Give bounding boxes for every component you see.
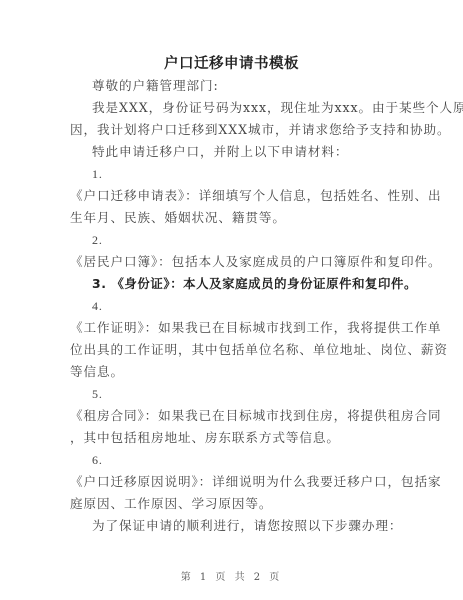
list-number: 2. (92, 232, 412, 248)
list-number: 5. (92, 386, 412, 402)
list-item-text: 《租房合同》：如果我已在目标城市找到住房，将提供租房合同 (70, 408, 390, 424)
list-item-text: 《居民户口簿》：包括本人及家庭成员的户口簿原件和复印件。 (70, 254, 390, 270)
list-number: 6. (92, 452, 412, 468)
list-item-text: ，其中包括租房地址、房东联系方式等信息。 (70, 430, 390, 446)
list-item-text: 《户口迁移申请表》：详细填写个人信息，包括姓名、性别、出 (70, 188, 390, 204)
salutation: 尊敬的户籍管理部门: (92, 78, 412, 94)
paragraph-line: 因，我计划将户口迁移到XXX城市，并请求您给予支持和协助。 (70, 122, 390, 138)
list-item-text: 《工作证明》：如果我已在目标城市找到工作，我将提供工作单 (70, 320, 390, 336)
paragraph-line: 为了保证申请的顺利进行，请您按照以下步骤办理： (92, 518, 412, 534)
list-item-text: 位出具的工作证明，其中包括单位名称、单位地址、岗位、薪资 (70, 342, 390, 358)
page-footer: 第 1 页 共 2 页 (0, 568, 463, 583)
list-item-text: 《户口迁移原因说明》：详细说明为什么我要迁移户口，包括家 (70, 474, 390, 490)
list-item-bold: 3. 《身份证》：本人及家庭成员的身份证原件和复印件。 (92, 276, 412, 292)
list-item-text: 生年月、民族、婚姻状况、籍贯等。 (70, 210, 390, 226)
document-page: 户口迁移申请书模板 尊敬的户籍管理部门: 我是XXX，身份证号码为xxx，现住址… (0, 0, 463, 600)
paragraph-line: 特此申请迁移户口，并附上以下申请材料： (92, 144, 412, 160)
list-item-text: 等信息。 (70, 364, 390, 380)
paragraph-line: 我是XXX，身份证号码为xxx，现住址为xxx。由于某些个人原 (92, 100, 412, 116)
document-title: 户口迁移申请书模板 (0, 52, 463, 73)
list-item-text: 庭原因、工作原因、学习原因等。 (70, 496, 390, 512)
list-number: 4. (92, 298, 412, 314)
list-number: 1. (92, 166, 412, 182)
